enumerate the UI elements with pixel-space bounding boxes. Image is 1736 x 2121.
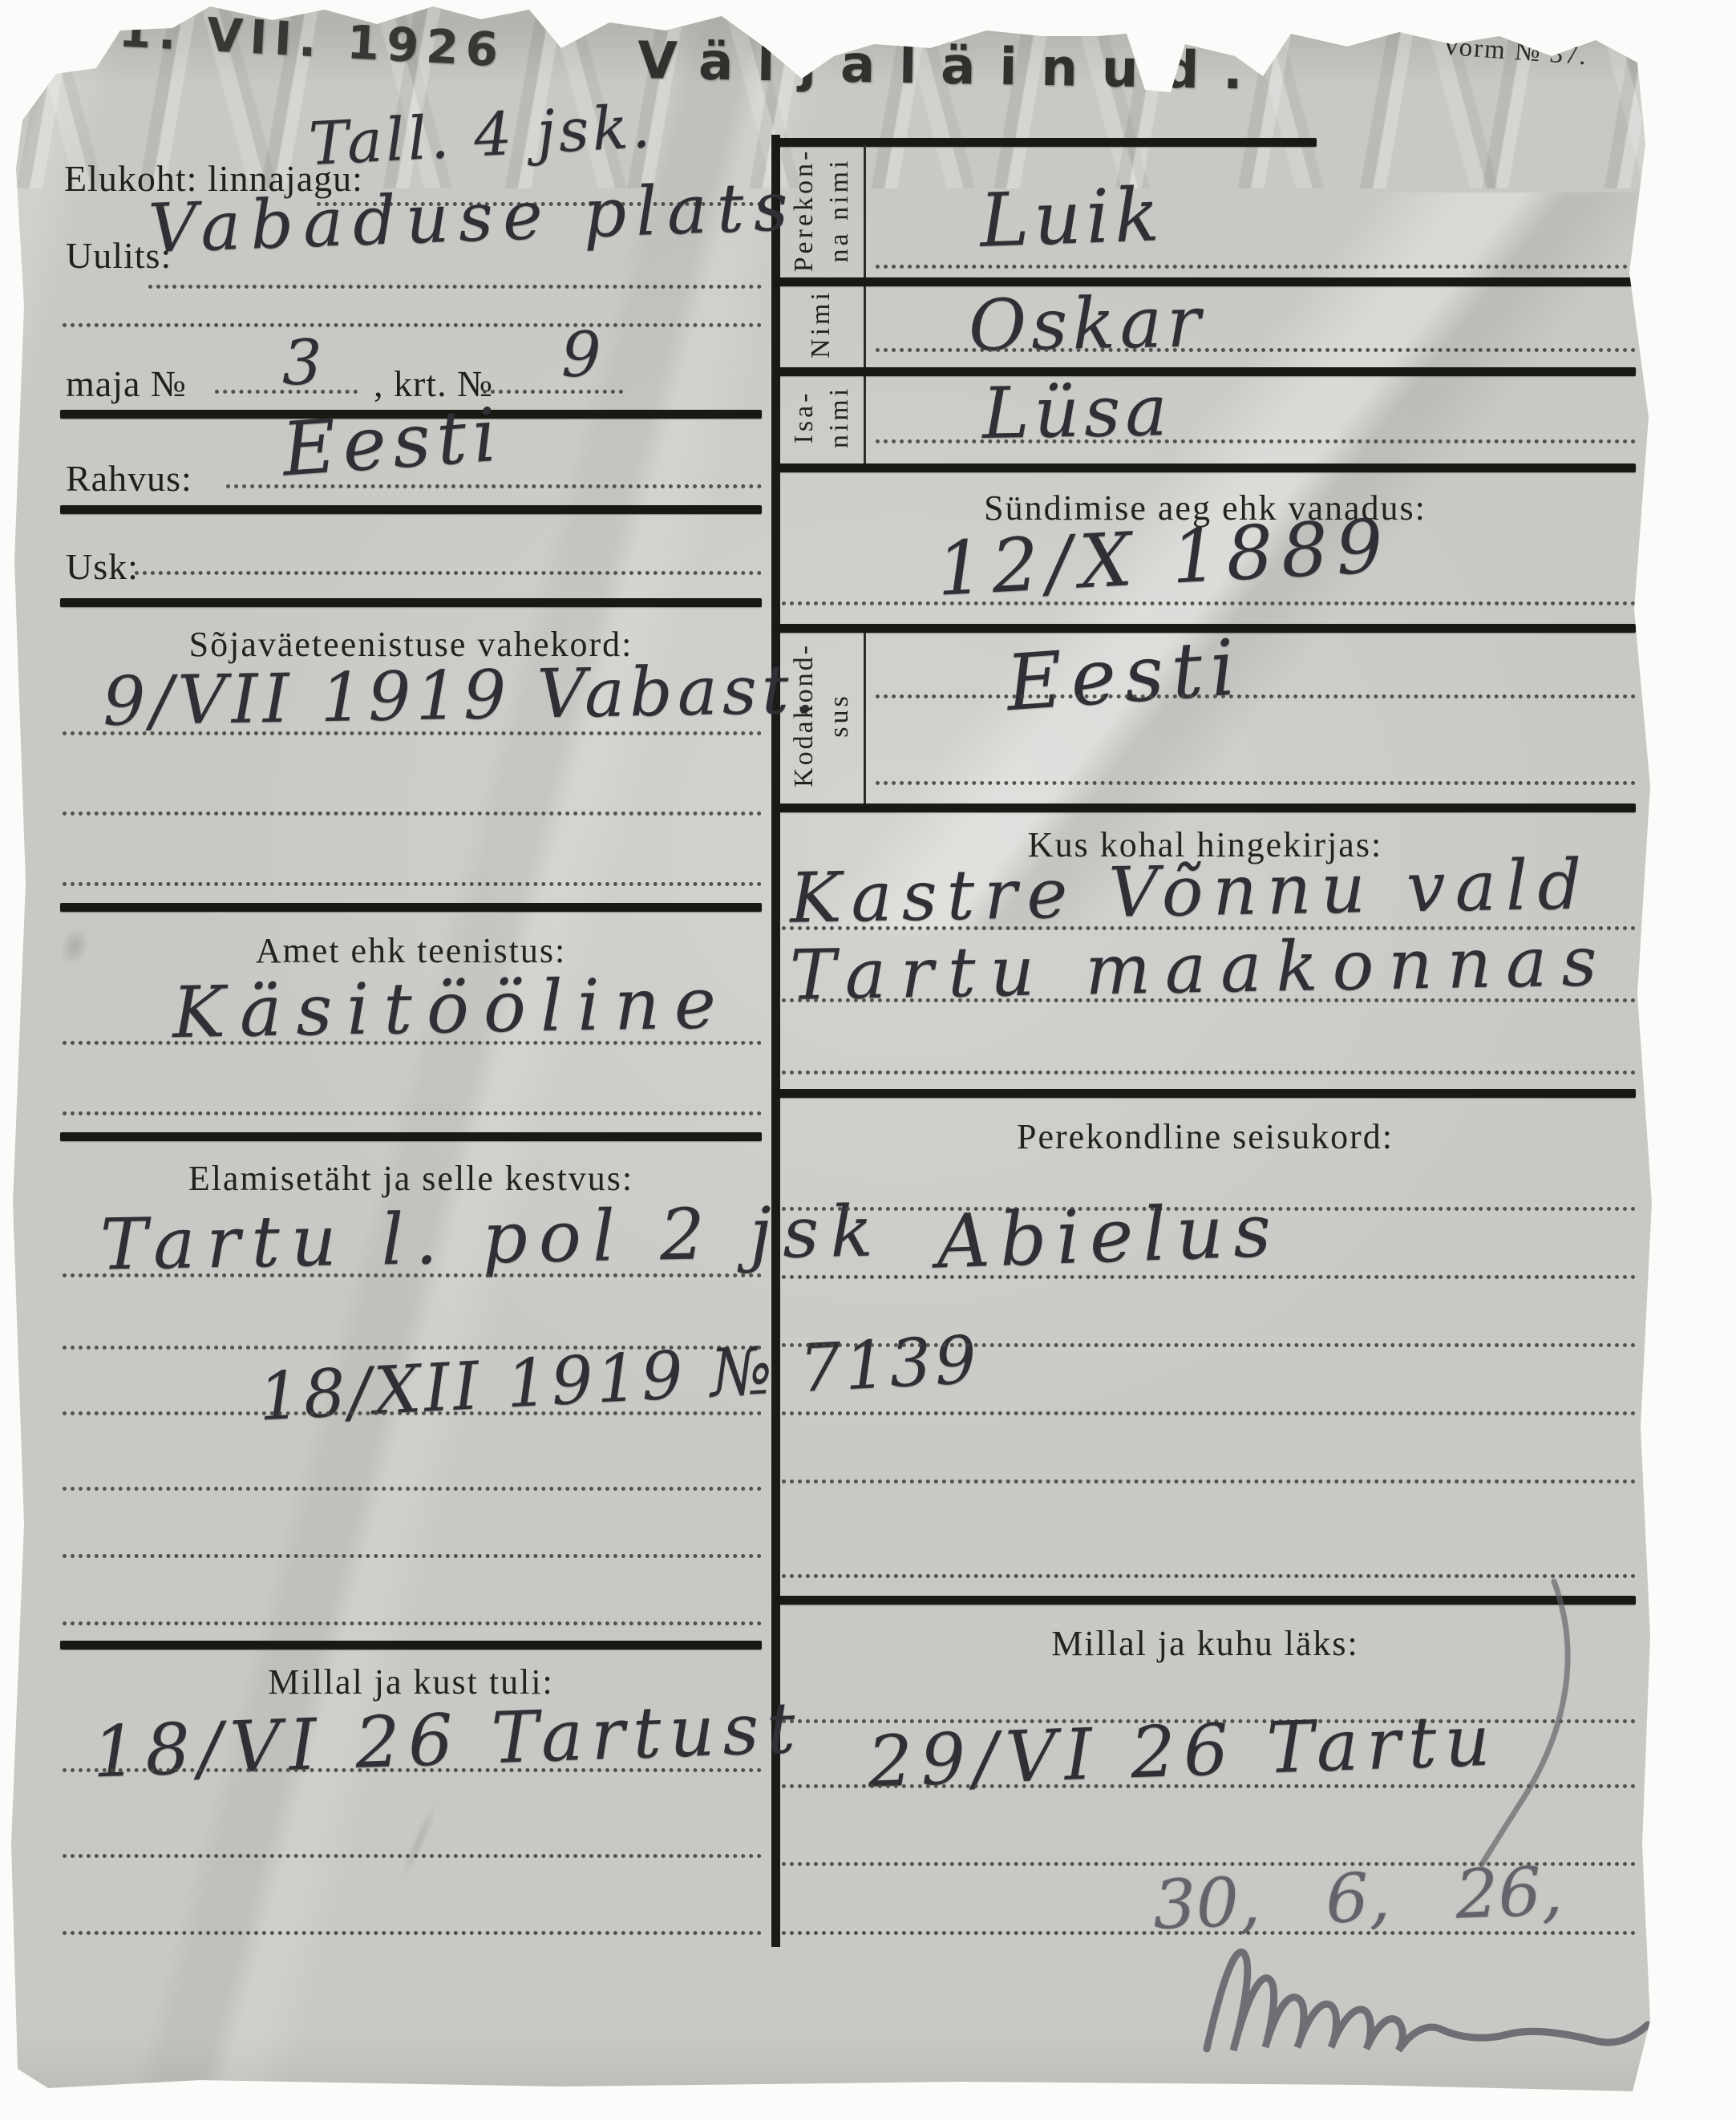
paper-sheet: 1. VII. 1926 Väljaläinud. Vorm № 37. Elu… bbox=[0, 0, 1736, 2121]
handwriting-maja-nr: 3 bbox=[282, 327, 322, 399]
section-divider bbox=[60, 598, 762, 607]
dotted-line bbox=[782, 1343, 1636, 1347]
dotted-line bbox=[876, 694, 1636, 698]
dotted-line bbox=[63, 1931, 762, 1935]
section-header-elamisetaht: Elamisetäht ja selle kestvus: bbox=[60, 1158, 762, 1199]
rotated-label-nimi: Nimi bbox=[806, 289, 836, 358]
rotated-label-isa-nimi-1: Isa- bbox=[789, 391, 819, 444]
dotted-line bbox=[148, 285, 762, 289]
dotted-line bbox=[63, 812, 762, 816]
section-header-perekondline: Perekondline seisukord: bbox=[775, 1116, 1636, 1157]
dotted-line bbox=[215, 390, 358, 394]
dotted-line bbox=[876, 348, 1636, 352]
handwriting-perekonna-nimi: Luik bbox=[978, 172, 1165, 264]
field-label-rahvus: Rahvus: bbox=[66, 457, 192, 500]
handwriting-elamisetaht-1: Tartu l. pol 2 jsk bbox=[99, 1189, 884, 1285]
dotted-line bbox=[63, 1854, 762, 1858]
column-divider bbox=[771, 135, 780, 1947]
dotted-line bbox=[782, 1071, 1636, 1075]
dotted-line bbox=[63, 1554, 762, 1558]
handwriting-rahvus: Eesti bbox=[280, 392, 506, 493]
section-divider bbox=[775, 367, 1636, 376]
dotted-line bbox=[63, 882, 762, 886]
pencil-smudge bbox=[395, 1798, 443, 1884]
dotted-line bbox=[876, 265, 1636, 269]
field-label-maja: maja № bbox=[66, 362, 187, 405]
dotted-line bbox=[63, 1273, 762, 1277]
dotted-line bbox=[135, 571, 762, 575]
handwriting-krt-nr: 9 bbox=[561, 319, 601, 391]
dotted-line bbox=[782, 1411, 1636, 1415]
section-divider bbox=[60, 1641, 762, 1649]
section-divider bbox=[60, 1132, 762, 1141]
rotated-label-isa-nimi-2: nimi bbox=[824, 386, 855, 448]
dotted-line bbox=[876, 439, 1636, 443]
handwriting-kodakondsus: Eesti bbox=[1003, 622, 1246, 728]
dotted-line bbox=[782, 998, 1636, 1002]
dotted-line bbox=[226, 484, 762, 488]
dotted-line bbox=[782, 1275, 1636, 1279]
section-divider bbox=[775, 277, 1636, 286]
rotated-label-perekonna-nimi-2: na nimi bbox=[824, 158, 855, 263]
dotted-line bbox=[63, 1768, 762, 1772]
dotted-line bbox=[782, 601, 1636, 605]
section-divider bbox=[60, 903, 762, 912]
section-divider bbox=[775, 463, 1636, 472]
title-stamp: Väljaläinud. bbox=[637, 31, 1267, 102]
label-strip-rule-top bbox=[864, 144, 866, 463]
dotted-line bbox=[483, 390, 623, 394]
dotted-line bbox=[63, 1041, 762, 1045]
dotted-line bbox=[876, 781, 1636, 785]
dotted-line bbox=[782, 1479, 1636, 1483]
handwriting-perekondline: Abielus bbox=[935, 1188, 1282, 1285]
label-strip-rule-kodakondsus bbox=[864, 632, 866, 803]
dotted-line bbox=[63, 323, 762, 327]
signature-scribble bbox=[1147, 1921, 1676, 2081]
field-label-usk: Usk: bbox=[66, 545, 139, 588]
section-divider bbox=[775, 803, 1636, 812]
pencil-squiggle bbox=[1347, 1572, 1620, 1876]
rotated-label-kodakondsus-1: Kodakond- bbox=[789, 643, 819, 787]
handwriting-nimi: Oskar bbox=[968, 280, 1206, 366]
right-column-top-rule bbox=[775, 138, 1317, 147]
handwriting-sojavaeteenistus: 9/VII 1919 Vabast. bbox=[102, 650, 820, 741]
dotted-line bbox=[63, 1411, 762, 1415]
dotted-line bbox=[63, 1111, 762, 1115]
dotted-line bbox=[63, 1487, 762, 1491]
rotated-label-perekonna-nimi-1: Perekon- bbox=[789, 148, 819, 273]
registration-card-scan: 1. VII. 1926 Väljaläinud. Vorm № 37. Elu… bbox=[0, 0, 1736, 2121]
handwriting-amet: Käsitööline bbox=[172, 961, 731, 1054]
dotted-line bbox=[63, 1621, 762, 1625]
section-divider bbox=[775, 1089, 1636, 1098]
dotted-line bbox=[63, 731, 762, 735]
handwriting-elamisetaht-2: 18/XII 1919 № 7139 bbox=[257, 1322, 981, 1436]
section-divider bbox=[60, 505, 762, 514]
rotated-label-kodakondsus-2: sus bbox=[824, 693, 855, 737]
